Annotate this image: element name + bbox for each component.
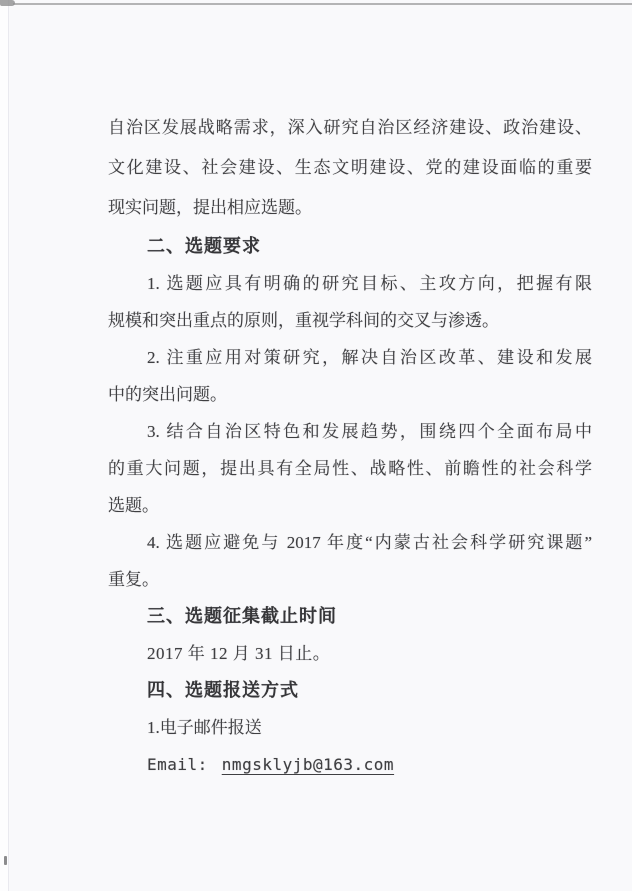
- requirement-item-2-line: 中的突出问题。: [108, 376, 592, 413]
- scan-artifact-bottom-left: [4, 856, 7, 865]
- intro-continuation-line: 自治区发展战略需求，深入研究自治区经济建设、政治建设、: [108, 108, 592, 148]
- requirement-item-3-line: 3. 结合自治区特色和发展趋势，围绕四个全面布局中: [108, 413, 592, 450]
- document-body: 自治区发展战略需求，深入研究自治区经济建设、政治建设、 文化建设、社会建设、生态…: [108, 108, 592, 783]
- deadline-date: 2017 年 12 月 31 日止。: [108, 635, 592, 672]
- requirement-item-2-line: 2. 注重应用对策研究，解决自治区改革、建设和发展: [108, 339, 592, 376]
- email-line: Email:nmgsklyjb@163.com: [108, 746, 592, 783]
- submission-method-1: 1.电子邮件报送: [108, 709, 592, 746]
- requirement-item-1-line: 规模和突出重点的原则，重视学科间的交叉与渗透。: [108, 302, 592, 339]
- section-3-heading: 三、选题征集截止时间: [108, 598, 592, 635]
- email-address-link[interactable]: nmgsklyjb@163.com: [222, 755, 394, 774]
- scan-left-edge-strip: [0, 0, 9, 891]
- scanned-document-page: 自治区发展战略需求，深入研究自治区经济建设、政治建设、 文化建设、社会建设、生态…: [0, 0, 632, 891]
- intro-continuation-line: 现实问题，提出相应选题。: [108, 188, 592, 228]
- requirement-item-4-line: 4. 选题应避免与 2017 年度“内蒙古社会科学研究课题”: [108, 524, 592, 561]
- section-4-heading: 四、选题报送方式: [108, 672, 592, 709]
- scan-top-edge-line: [13, 3, 632, 5]
- intro-continuation-line: 文化建设、社会建设、生态文明建设、党的建设面临的重要: [108, 148, 592, 188]
- requirement-item-1-line: 1. 选题应具有明确的研究目标、主攻方向，把握有限: [108, 265, 592, 302]
- requirement-item-4-line: 重复。: [108, 561, 592, 598]
- email-label: Email:: [147, 755, 208, 774]
- scan-artifact-top-left: [0, 0, 15, 6]
- section-2-heading: 二、选题要求: [108, 228, 592, 265]
- requirement-item-3-line: 选题。: [108, 487, 592, 524]
- requirement-item-3-line: 的重大问题，提出具有全局性、战略性、前瞻性的社会科学: [108, 450, 592, 487]
